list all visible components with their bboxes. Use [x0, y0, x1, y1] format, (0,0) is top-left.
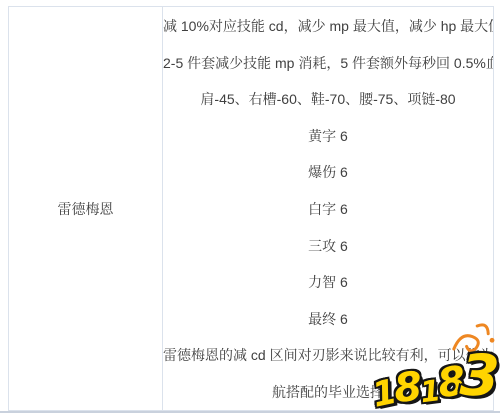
set-name-cell: 雷德梅恩: [9, 7, 163, 410]
detail-line-stat-white: 白字 6: [163, 191, 493, 228]
detail-line-effect-2: 2-5 件套减少技能 mp 消耗，5 件套额外每秒回 0.5%血蓝。: [163, 45, 493, 82]
detail-line-stat-critdmg: 爆伤 6: [163, 154, 493, 191]
detail-line-stat-yellow: 黄字 6: [163, 118, 493, 155]
detail-line-stat-strint: 力智 6: [163, 264, 493, 301]
set-name: 雷德梅恩: [58, 199, 114, 219]
detail-line-stat-final: 最终 6: [163, 301, 493, 338]
watermark-digit: 8: [392, 364, 422, 412]
detail-line-stat-attack: 三攻 6: [163, 228, 493, 265]
detail-line-effect-1: 减 10%对应技能 cd，减少 mp 最大值，减少 hp 最大值，: [163, 8, 493, 45]
detail-line-slots: 肩-45、右槽-60、鞋-70、腰-75、项链-80: [163, 81, 493, 118]
watermark-digit: 3: [458, 343, 498, 410]
18183-watermark-logo: 18183: [368, 338, 500, 418]
